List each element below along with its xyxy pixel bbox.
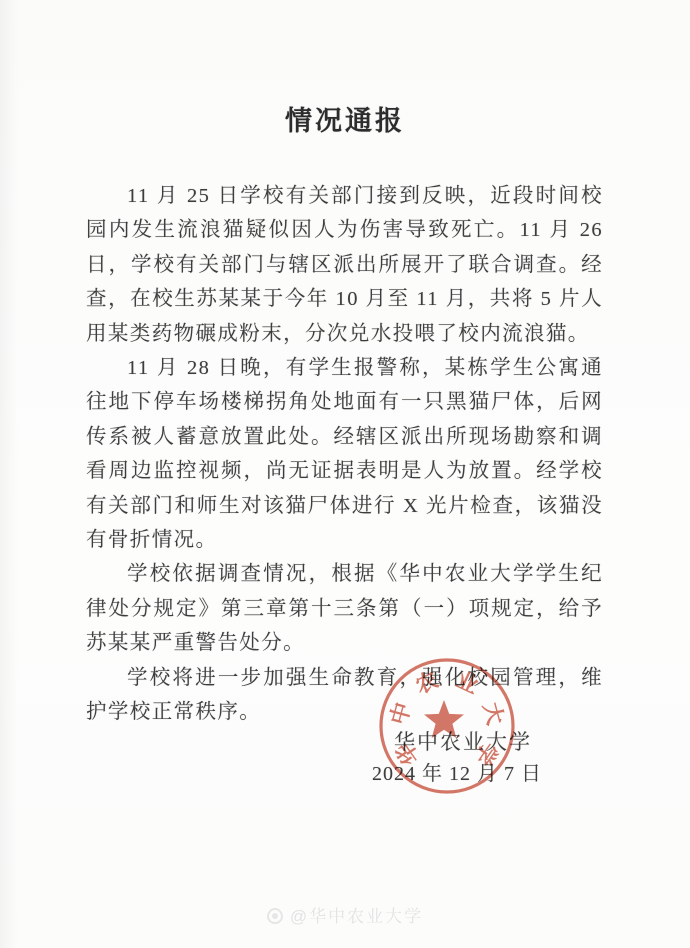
paragraph-2: 11 月 28 日晚，有学生报警称，某栋学生公寓通往地下停车场楼梯拐角处地面有一… [86, 351, 603, 557]
official-seal: 华 中 农 业 大 学 [377, 656, 517, 796]
seal-char: 农 [411, 667, 442, 699]
seal-char: 大 [478, 700, 508, 728]
weibo-icon [267, 908, 283, 924]
seal-char: 华 [391, 737, 424, 769]
seal-char: 中 [386, 700, 416, 728]
document-title: 情况通报 [0, 0, 690, 135]
scanned-notice-page: 情况通报 11 月 25 日学校有关部门接到反映，近段时间校园内发生流浪猫疑似因… [0, 0, 690, 948]
document-body: 11 月 25 日学校有关部门接到反映，近段时间校园内发生流浪猫疑似因人为伤害导… [86, 179, 603, 730]
paragraph-3: 学校依据调查情况，根据《华中农业大学学生纪律处分规定》第三章第十三条第（一）项规… [86, 557, 603, 660]
paragraph-4: 学校将进一步加强生命教育，强化校园管理，维护学校正常秩序。 [86, 661, 603, 730]
seal-star [424, 700, 464, 738]
seal-char: 学 [470, 737, 503, 769]
watermark: @华中农业大学 [0, 902, 690, 927]
seal-char: 业 [452, 667, 483, 699]
paragraph-1: 11 月 25 日学校有关部门接到反映，近段时间校园内发生流浪猫疑似因人为伤害导… [86, 179, 603, 351]
watermark-text: @华中农业大学 [290, 907, 423, 926]
